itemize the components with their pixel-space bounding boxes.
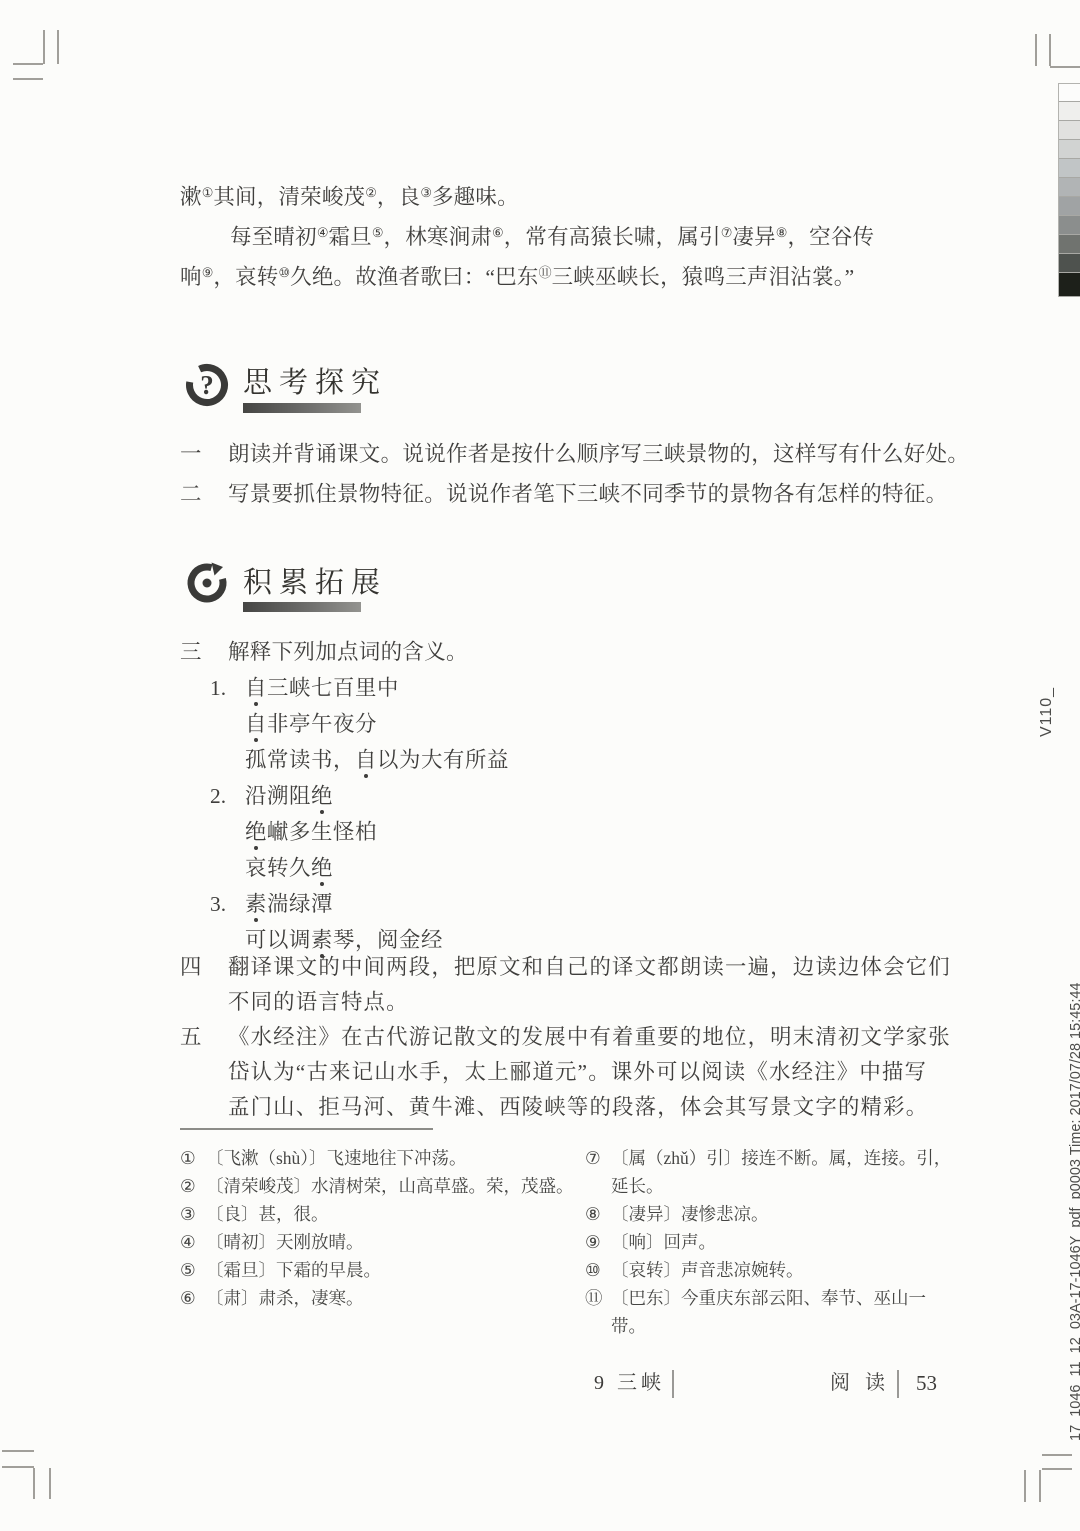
- crop-mark: [1024, 1470, 1026, 1502]
- footnote-item: ⑩ 〔哀转〕声音悲凉婉转。: [585, 1256, 953, 1284]
- question-text-line: 《水经注》在古代游记散文的发展中有着重要的地位，明末清初文学家张: [228, 1020, 980, 1055]
- footnote-text: 〔清荣峻茂〕水清树荣，山高草盛。荣，茂盛。: [206, 1172, 578, 1200]
- footnote-number: ⑤: [180, 1256, 206, 1284]
- word-line: 哀转久绝: [245, 850, 377, 886]
- side-code-top: V110_: [1038, 687, 1056, 737]
- item-four: 四 翻译课文的中间两段，把原文和自己的译文都朗读一遍，边读边体会它们 不同的语言…: [180, 950, 980, 1020]
- footnote-number: ⑩: [585, 1256, 611, 1284]
- passage-line: 漱①其间，清荣峻茂②，良③多趣味。: [180, 177, 980, 217]
- crop-mark: [1049, 34, 1051, 66]
- group-label: 2.: [210, 778, 245, 886]
- grayscale-step: [1059, 216, 1080, 235]
- footer-lesson-title: 三峡: [617, 1370, 665, 1396]
- question-text: 解释下列加点词的含义。: [228, 634, 980, 670]
- crop-mark: [13, 78, 43, 80]
- word-line: 孤常读书，自以为大有所益: [245, 742, 509, 778]
- word-groups: 1. 自三峡七百里中 自非亭午夜分 孤常读书，自以为大有所益 2. 沿溯阻绝 绝…: [210, 670, 509, 958]
- word-line: 绝𪩘多生怪柏: [245, 814, 377, 850]
- question-text-line: 岱认为“古来记山水手，太上郦道元”。课外可以阅读《水经注》中描写: [228, 1055, 980, 1090]
- lesson-passage: 漱①其间，清荣峻茂②，良③多趣味。 每至晴初④霜旦⑤，林寒涧肃⑥，常有高猿长啸，…: [180, 177, 980, 297]
- footnote-item: ③ 〔良〕甚，很。: [180, 1200, 578, 1228]
- grayscale-step: [1059, 121, 1080, 140]
- footnote-text: 〔良〕甚，很。: [206, 1200, 578, 1228]
- grayscale-step: [1059, 178, 1080, 197]
- question-number: 五: [180, 1020, 228, 1125]
- question-text: 写景要抓住景物特征。说说作者笔下三峡不同季节的景物各有怎样的特征。: [228, 474, 980, 514]
- crop-mark: [1042, 1454, 1072, 1456]
- crop-mark: [1042, 1468, 1072, 1470]
- footnote-item: ① 〔飞漱（shù）〕飞速地往下冲荡。: [180, 1144, 578, 1172]
- question-number: 三: [180, 634, 228, 670]
- textbook-page: V110_ 17_1046_11_12_03A-17-1046Y_pdf_p00…: [0, 0, 1080, 1531]
- footer-section-label: 阅读: [830, 1370, 900, 1396]
- side-code-bottom-line1: 17_1046_11_12_03A-17-1046Y_pdf_p0003 Tim…: [1068, 983, 1080, 1442]
- passage-line: 响⑨，哀转⑩久绝。故渔者歌曰：“巴东⑪三峡巫峡长，猿鸣三声泪沾裳。”: [180, 257, 980, 297]
- footnote-text: 〔属（zhǔ）引〕接连不断。属，连接。引，延长。: [611, 1144, 953, 1200]
- question-text-line: 不同的语言特点。: [228, 985, 980, 1020]
- footnote-item: ④ 〔晴初〕天刚放晴。: [180, 1228, 578, 1256]
- crop-mark: [2, 1450, 34, 1452]
- footnote-item: ⑧ 〔凄异〕凄惨悲凉。: [585, 1200, 953, 1228]
- footnote-text: 〔飞漱（shù）〕飞速地往下冲荡。: [206, 1144, 578, 1172]
- footnote-number: ③: [180, 1200, 206, 1228]
- crop-mark: [1039, 1470, 1041, 1502]
- grayscale-step: [1059, 197, 1080, 216]
- question-number: 二: [180, 474, 228, 514]
- footnote-text: 〔巴东〕今重庆东部云阳、奉节、巫山一带。: [611, 1284, 953, 1340]
- grayscale-step: [1059, 140, 1080, 159]
- footnote-separator: [180, 1128, 433, 1130]
- word-group: 2. 沿溯阻绝 绝𪩘多生怪柏 哀转久绝: [210, 778, 509, 886]
- word-line: 自非亭午夜分: [245, 706, 509, 742]
- footer-lesson-number: 9: [594, 1370, 604, 1396]
- footnote-item: ⑦ 〔属（zhǔ）引〕接连不断。属，连接。引，延长。: [585, 1144, 953, 1200]
- section-underline-bar: [243, 602, 361, 612]
- footnote-item: ⑨ 〔响〕回声。: [585, 1228, 953, 1256]
- footnote-number: ①: [180, 1144, 206, 1172]
- footnote-item: ⑤ 〔霜旦〕下霜的早晨。: [180, 1256, 578, 1284]
- grayscale-step: [1059, 254, 1080, 273]
- crop-mark: [2, 1466, 34, 1468]
- footnote-number: ⑦: [585, 1144, 611, 1200]
- section-title-accumulate: 积累拓展: [243, 566, 387, 600]
- crop-mark: [49, 1468, 51, 1499]
- crop-mark: [33, 1468, 35, 1499]
- footnote-text: 〔凄异〕凄惨悲凉。: [611, 1200, 953, 1228]
- grayscale-step: [1059, 273, 1080, 297]
- question-item: 二 写景要抓住景物特征。说说作者笔下三峡不同季节的景物各有怎样的特征。: [180, 474, 980, 514]
- footnote-text: 〔霜旦〕下霜的早晨。: [206, 1256, 578, 1284]
- footer-divider: [672, 1370, 674, 1398]
- footnote-column-right: ⑦ 〔属（zhǔ）引〕接连不断。属，连接。引，延长。 ⑧ 〔凄异〕凄惨悲凉。 ⑨…: [585, 1144, 953, 1340]
- footnote-number: ⑧: [585, 1200, 611, 1228]
- footnote-item: ⑥ 〔肃〕肃杀，凄寒。: [180, 1284, 578, 1312]
- footnote-number: ⑥: [180, 1284, 206, 1312]
- group-label: 1.: [210, 670, 245, 778]
- crop-mark: [57, 30, 59, 64]
- footnote-item: ⑪ 〔巴东〕今重庆东部云阳、奉节、巫山一带。: [585, 1284, 953, 1340]
- item-five: 五 《水经注》在古代游记散文的发展中有着重要的地位，明末清初文学家张 岱认为“古…: [180, 1020, 980, 1125]
- item-three: 三 解释下列加点词的含义。: [180, 634, 980, 670]
- grayscale-step: [1059, 102, 1080, 121]
- word-group: 1. 自三峡七百里中 自非亭午夜分 孤常读书，自以为大有所益: [210, 670, 509, 778]
- section-underline-bar: [243, 403, 361, 413]
- passage-line: 每至晴初④霜旦⑤，林寒涧肃⑥，常有高猿长啸，属引⑦凄异⑧，空谷传: [180, 217, 980, 257]
- footnote-text: 〔肃〕肃杀，凄寒。: [206, 1284, 578, 1312]
- crop-mark: [1050, 66, 1080, 68]
- grayscale-strip: [1058, 83, 1080, 297]
- think-question-list: 一 朗读并背诵课文。说说作者是按什么顺序写三峡景物的，这样写有什么好处。 二 写…: [180, 434, 980, 514]
- question-text: 朗读并背诵课文。说说作者是按什么顺序写三峡景物的，这样写有什么好处。: [228, 434, 980, 474]
- footnote-text: 〔哀转〕声音悲凉婉转。: [611, 1256, 953, 1284]
- side-code-bottom: 17_1046_11_12_03A-17-1046Y_pdf_p0003 Tim…: [1036, 983, 1080, 1442]
- grayscale-step: [1059, 84, 1080, 102]
- word-group: 3. 素湍绿潭 可以调素琴，阅金经: [210, 886, 509, 958]
- svg-text:?: ?: [200, 370, 214, 400]
- grayscale-step: [1059, 235, 1080, 254]
- footer-page-number: 53: [916, 1370, 937, 1396]
- question-number: 四: [180, 950, 228, 1020]
- section-title-think: 思考探究: [243, 366, 387, 400]
- question-item: 一 朗读并背诵课文。说说作者是按什么顺序写三峡景物的，这样写有什么好处。: [180, 434, 980, 474]
- word-line: 沿溯阻绝: [245, 778, 377, 814]
- footnote-text: 〔晴初〕天刚放晴。: [206, 1228, 578, 1256]
- footnote-column-left: ① 〔飞漱（shù）〕飞速地往下冲荡。 ② 〔清荣峻茂〕水清树荣，山高草盛。荣，…: [180, 1144, 578, 1312]
- word-line: 素湍绿潭: [245, 886, 443, 922]
- crop-mark: [43, 30, 45, 64]
- footnote-text: 〔响〕回声。: [611, 1228, 953, 1256]
- question-text-line: 孟门山、拒马河、黄牛滩、西陵峡等的段落，体会其写景文字的精彩。: [228, 1090, 980, 1125]
- footnote-number: ②: [180, 1172, 206, 1200]
- group-label: 3.: [210, 886, 245, 958]
- crop-mark: [1035, 34, 1037, 66]
- crop-mark: [13, 63, 43, 65]
- footnote-item: ② 〔清荣峻茂〕水清树荣，山高草盛。荣，茂盛。: [180, 1172, 578, 1200]
- footnote-number: ⑨: [585, 1228, 611, 1256]
- circular-arrow-icon: [184, 560, 230, 606]
- grayscale-step: [1059, 159, 1080, 178]
- footnote-number: ④: [180, 1228, 206, 1256]
- footnote-number: ⑪: [585, 1284, 611, 1340]
- footer-divider: [897, 1370, 899, 1398]
- question-text-line: 翻译课文的中间两段，把原文和自己的译文都朗读一遍，边读边体会它们: [228, 950, 980, 985]
- question-number: 一: [180, 434, 228, 474]
- word-line: 自三峡七百里中: [245, 670, 509, 706]
- question-circle-icon: ?: [184, 362, 230, 408]
